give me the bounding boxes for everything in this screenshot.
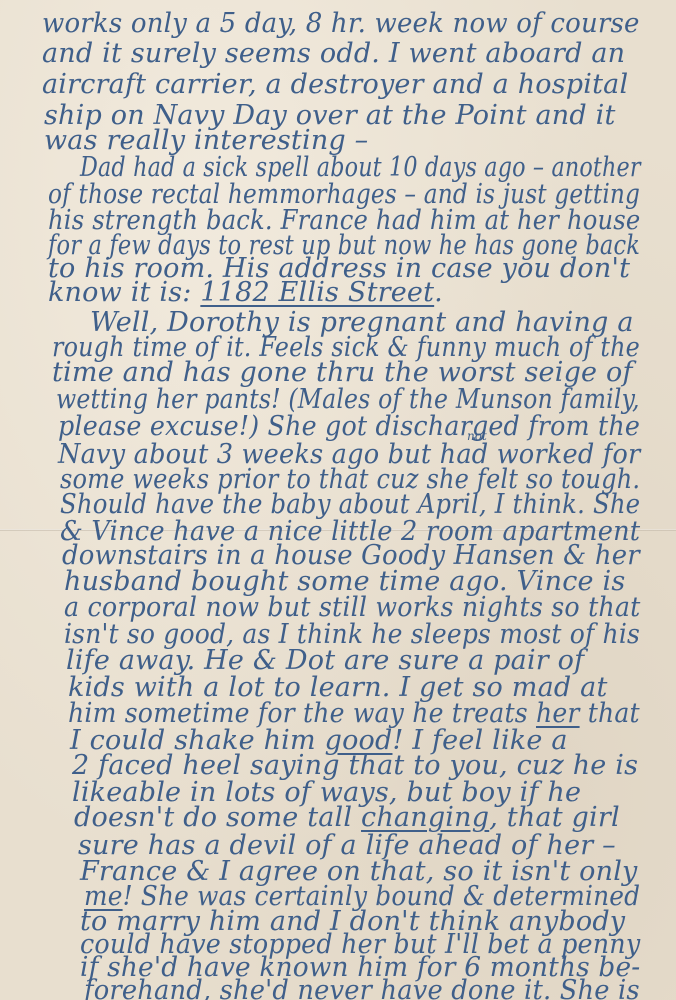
line-text: and it surely seems odd. I went aboard a… (42, 38, 625, 69)
line-text: aircraft carrier, a destroyer and a hosp… (42, 69, 628, 100)
line-text-continued: , that girl (489, 802, 620, 833)
letter-line: works only a 5 day, 8 hr. week now of co… (42, 8, 640, 39)
line-text: doesn't do some tall (74, 802, 361, 833)
letter-line: and it surely seems odd. I went aboard a… (42, 38, 625, 69)
line-text-continued: . (434, 277, 443, 308)
line-text-continued: that (580, 698, 640, 729)
line-text: forehand, she'd never have done it. She … (84, 975, 640, 1000)
letter-line: forehand, she'd never have done it. She … (84, 975, 640, 1000)
line-text: know it is: (48, 277, 200, 308)
underlined-text: changing (361, 802, 489, 833)
line-text: please excuse!) She got discharged from … (58, 411, 640, 442)
letter-line: doesn't do some tall changing, that girl (74, 802, 620, 833)
letter-line: know it is: 1182 Ellis Street. (48, 277, 443, 308)
inserted-word: not (467, 429, 487, 443)
letter-line: aircraft carrier, a destroyer and a hosp… (42, 69, 628, 100)
underlined-text: 1182 Ellis Street (200, 277, 434, 308)
line-text: works only a 5 day, 8 hr. week now of co… (42, 8, 640, 39)
letter-line: please excuse!) She got discharged from … (58, 411, 640, 442)
